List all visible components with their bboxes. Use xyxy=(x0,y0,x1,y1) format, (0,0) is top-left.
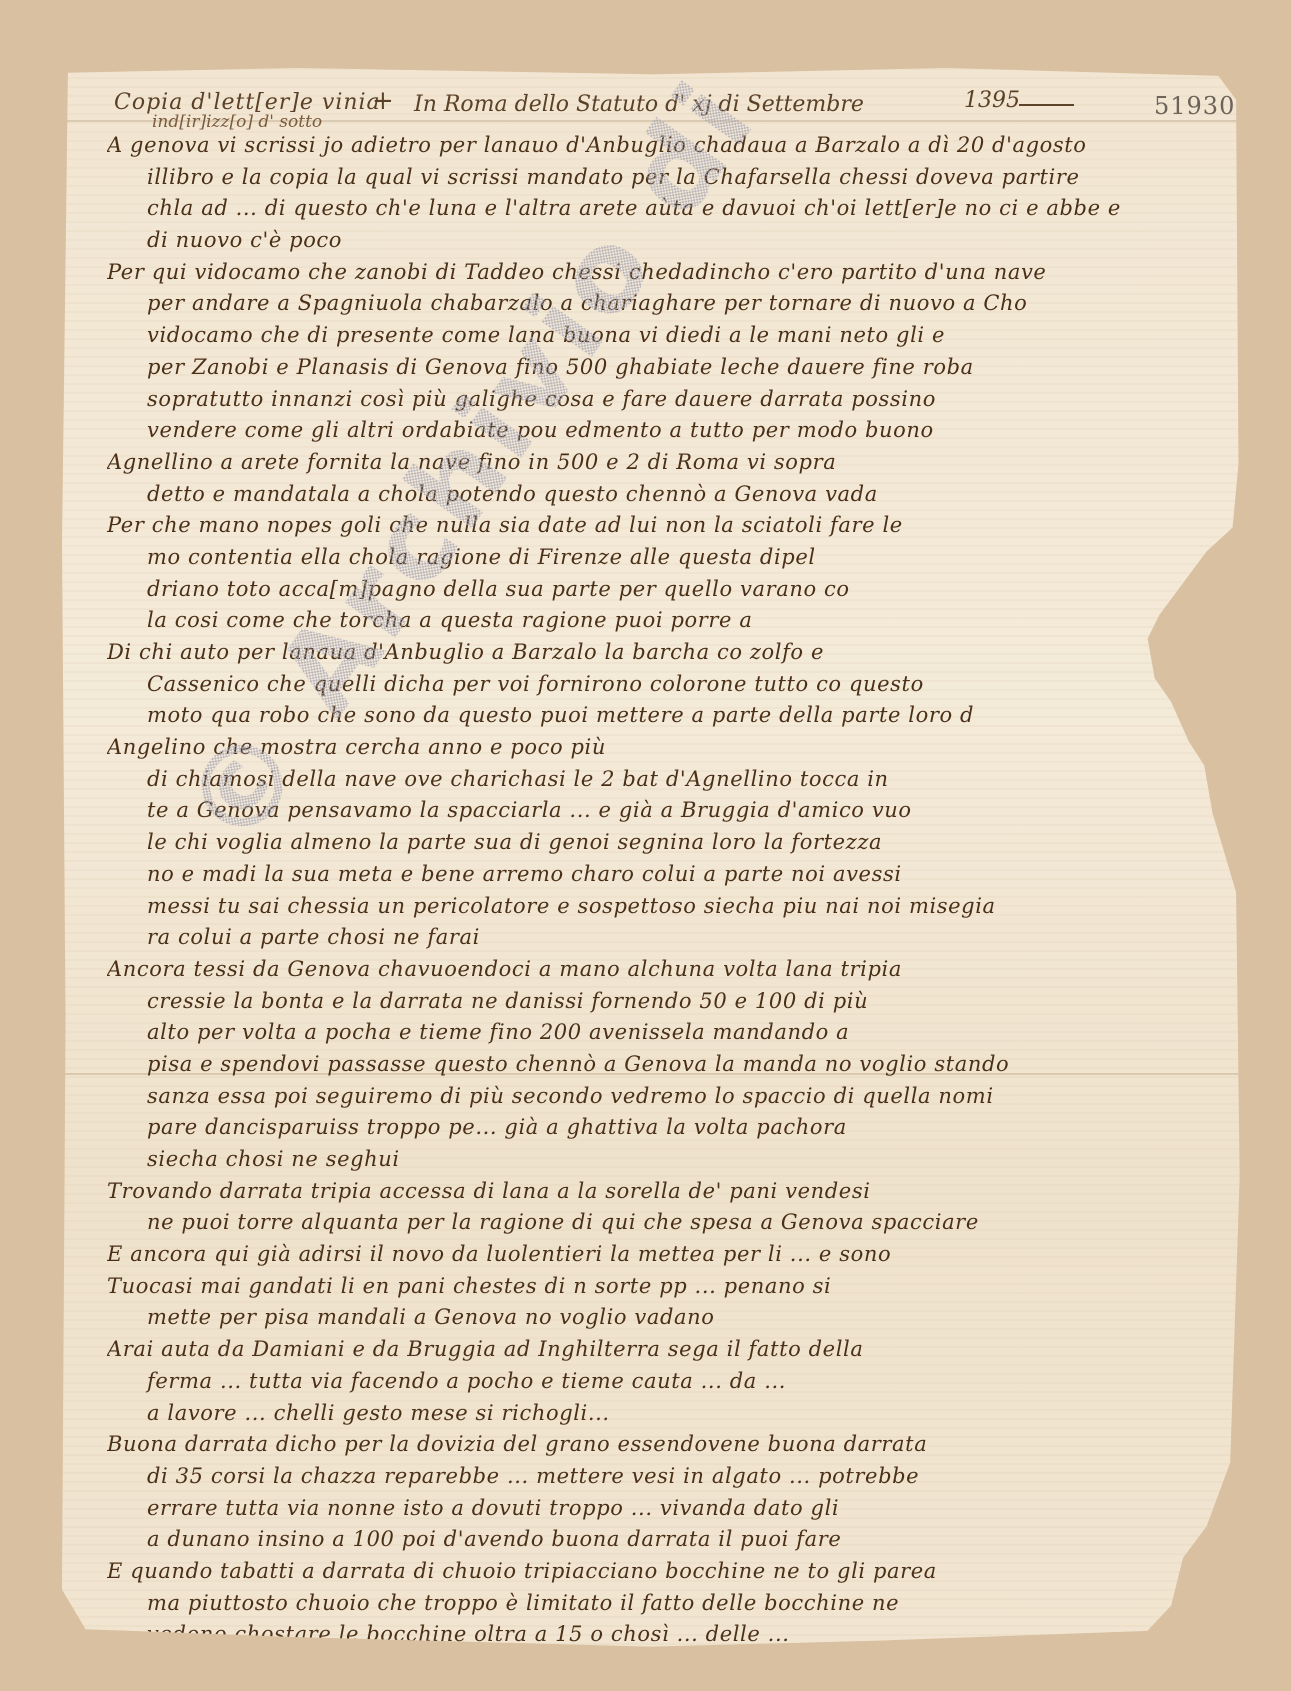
manuscript-line: Agnellino a arete fornita la nave fino i… xyxy=(107,447,1197,479)
manuscript-line: alto per volta a pocha e tieme fino 200 … xyxy=(107,1017,1197,1049)
manuscript-line: a dunano insino a 100 poi d'avendo buona… xyxy=(107,1524,1197,1556)
manuscript-line: moto qua robo che sono da questo puoi me… xyxy=(107,700,1197,732)
manuscript-line: Di chi auto per lanaua d'Anbuglio a Barz… xyxy=(107,637,1197,669)
manuscript-line: Tuocasi mai gandati li en pani chestes d… xyxy=(107,1271,1197,1303)
manuscript-line: vidocamo che di presente come lana buona… xyxy=(107,320,1197,352)
manuscript-line: Per che mano nopes goli che nulla sia da… xyxy=(107,510,1197,542)
manuscript-line: driano toto acca[m]pagno della sua parte… xyxy=(107,574,1197,606)
manuscript-line: sopratutto innanzi così più galighe cosa… xyxy=(107,384,1197,416)
manuscript-line: le chi voglia almeno la parte sua di gen… xyxy=(107,827,1197,859)
header-place-date: In Roma dello Statuto d' xj di Settembre xyxy=(414,92,864,117)
manuscript-line: pare dancisparuiss troppo pe... già a gh… xyxy=(107,1112,1197,1144)
manuscript-line: sanza essa poi seguiremo di più secondo … xyxy=(107,1081,1197,1113)
manuscript-line: per andare a Spagniuola chabarzalo a cha… xyxy=(107,288,1197,320)
archive-code: 519300 xyxy=(1154,92,1252,120)
manuscript-line: E quando tabatti a darrata di chuoio tri… xyxy=(107,1556,1197,1588)
manuscript-line: Buona darrata dicho per la dovizia del g… xyxy=(107,1429,1197,1461)
manuscript-line: Ancora tessi da Genova chavuoendoci a ma… xyxy=(107,954,1197,986)
manuscript-line: siecha chosi ne seghui xyxy=(107,1144,1197,1176)
manuscript-line: Cassenico che quelli dicha per voi forni… xyxy=(107,669,1197,701)
manuscript-line: detto e mandatala a chola potendo questo… xyxy=(107,479,1197,511)
manuscript-line: messi tu sai chessia un pericolatore e s… xyxy=(107,891,1197,923)
manuscript-line: errare tutta via nonne isto a dovuti tro… xyxy=(107,1493,1197,1525)
manuscript-line: illibro e la copia la qual vi scrissi ma… xyxy=(107,162,1197,194)
letter-body: A genova vi scrissi jo adietro per lanau… xyxy=(107,130,1197,1651)
manuscript-line: Arai auta da Damiani e da Bruggia ad Ing… xyxy=(107,1334,1197,1366)
manuscript-page: Copia d'lett[er]e vinia + In Roma dello … xyxy=(62,68,1242,1653)
letter-subheader: ind[ir]izz[o] d' sotto xyxy=(152,112,322,132)
manuscript-line: ra colui a parte chosi ne farai xyxy=(107,922,1197,954)
manuscript-line: mo contentia ella chola ragione di Firen… xyxy=(107,542,1197,574)
manuscript-line: vendere come gli altri ordabiate pou edm… xyxy=(107,415,1197,447)
manuscript-line: E ancora qui già adirsi il novo da luole… xyxy=(107,1239,1197,1271)
manuscript-line: ferma ... tutta via facendo a pocho e ti… xyxy=(107,1366,1197,1398)
manuscript-line: Per qui vidocamo che zanobi di Taddeo ch… xyxy=(107,257,1197,289)
manuscript-line: ma piuttosto chuoio che troppo è limitat… xyxy=(107,1588,1197,1620)
manuscript-line: Angelino che mostra cercha anno e poco p… xyxy=(107,732,1197,764)
cross-mark: + xyxy=(372,86,394,116)
manuscript-line: la cosi come che torcha a questa ragione… xyxy=(107,605,1197,637)
manuscript-line: per Zanobi e Planasis di Genova fino 500… xyxy=(107,352,1197,384)
header-year: 1395 xyxy=(964,88,1020,113)
manuscript-line: A genova vi scrissi jo adietro per lanau… xyxy=(107,130,1197,162)
manuscript-line: Trovando darrata tripia accessa di lana … xyxy=(107,1176,1197,1208)
manuscript-line: di chiamosi della nave ove charichasi le… xyxy=(107,764,1197,796)
manuscript-line: di 35 corsi la chazza reparebbe ... mett… xyxy=(107,1461,1197,1493)
manuscript-line: mette per pisa mandali a Genova no vogli… xyxy=(107,1302,1197,1334)
manuscript-line: te a Genova pensavamo la spacciarla ... … xyxy=(107,795,1197,827)
manuscript-line: vedono chostare le bocchine oltra a 15 o… xyxy=(107,1619,1197,1651)
manuscript-line: ne puoi torre alquanta per la ragione di… xyxy=(107,1207,1197,1239)
manuscript-line: chla ad ... di questo ch'e luna e l'altr… xyxy=(107,193,1197,225)
manuscript-line: cressie la bonta e la darrata ne danissi… xyxy=(107,986,1197,1018)
manuscript-line: a lavore ... chelli gesto mese si richog… xyxy=(107,1398,1197,1430)
manuscript-line: di nuovo c'è poco xyxy=(107,225,1197,257)
manuscript-line: no e madi la sua meta e bene arremo char… xyxy=(107,859,1197,891)
manuscript-line: pisa e spendovi passasse questo chennò a… xyxy=(107,1049,1197,1081)
header-dash xyxy=(1019,104,1074,106)
